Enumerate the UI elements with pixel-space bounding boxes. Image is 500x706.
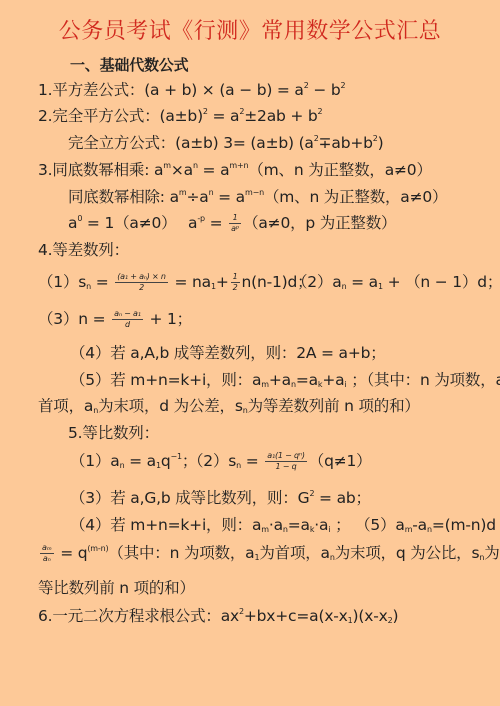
formula-geometric-sum: （2）sn = a₁(1 − qⁿ)1 − q（q≠1）: [188, 451, 371, 472]
formula-text: ；（其中：n 为项数，a: [346, 371, 500, 389]
formula-text: (a + b) × (a − b) = a: [144, 81, 304, 99]
formula-geometric-mean: （3）若 a,G,b 成等比数列，则：G2 = ab；: [70, 488, 371, 508]
geometric-sequence-heading: 5.等比数列：: [68, 423, 159, 443]
formula-text: +bx+c=a(x-x: [244, 607, 348, 625]
formula-text: +a: [322, 371, 344, 389]
section-heading: 一、基础代数公式: [70, 55, 188, 75]
fraction: a₁(1 − qⁿ)1 − q: [265, 451, 307, 472]
formula-text: （m、n 为正整数，a≠0）: [248, 161, 431, 179]
fraction-numerator: aₙ − a₁: [112, 309, 143, 320]
formula-label: 2.完全平方公式：: [38, 107, 160, 125]
formula-arithmetic-note: 首项，an为末项，d 为公差，sn为等差数列前 n 项的和）: [38, 396, 420, 416]
formula-text: a: [154, 161, 163, 179]
formula-text: （a≠0，p 为正整数）: [243, 214, 396, 232]
fraction: 1aᵖ: [229, 213, 241, 234]
formula-geometric-property: （4）若 m+n=k+i，则：am·an=ak·ai ； （5）am-an=(m…: [70, 515, 500, 535]
formula-text: （m、n 为正整数，a≠0）: [264, 188, 447, 206]
formula-quadratic-roots: 6.一元二次方程求根公式：ax2+bx+c=a(x-x1)(x-x2): [38, 606, 398, 626]
formula-text: =a: [288, 516, 310, 534]
formula-text: 为等差数列前 n 项的和）: [248, 397, 420, 415]
formula-text: +a: [269, 371, 291, 389]
formula-label: 完全立方公式：: [68, 134, 175, 152]
formula-text: = a: [198, 161, 230, 179]
fraction: aₙ − a₁d: [112, 309, 143, 330]
formula-text: +: [216, 273, 229, 291]
formula-perfect-square: 2.完全平方公式：(a±b)2 = a2±2ab + b2: [38, 106, 322, 126]
formula-text: − b: [309, 81, 341, 99]
formula-text: = ab；: [314, 489, 370, 507]
formula-arithmetic-mean: （4）若 a,A,b 成等差数列，则：2A = a+b；: [70, 343, 386, 363]
formula-geometric-note: 等比数列前 n 项的和）: [38, 578, 195, 598]
fraction-numerator: aₘ: [40, 543, 54, 554]
document-title: 公务员考试《行测》常用数学公式汇总: [0, 18, 500, 46]
formula-text: = a: [346, 273, 378, 291]
formula-text: （2）s: [188, 452, 236, 470]
formula-label: （1）s: [38, 273, 86, 291]
formula-power-divide: 同底数幂相除: am÷an = am−n（m、n 为正整数，a≠0）: [68, 187, 447, 207]
fraction-denominator: 2: [231, 283, 240, 293]
fraction: (a₁ + aₙ) × n2: [115, 272, 168, 293]
formula-text: q: [161, 452, 171, 470]
formula-text: = a: [208, 107, 240, 125]
formula-text: = q: [56, 544, 88, 562]
formula-zero-power: a0 = 1（a≠0）: [68, 213, 176, 233]
formula-text: = 1（a≠0）: [82, 214, 176, 232]
formula-text: （4）若 m+n=k+i，则：a: [70, 516, 261, 534]
formula-label: （3）n =: [38, 310, 110, 328]
formula-text: -a: [412, 516, 427, 534]
formula-text: （5）若 m+n=k+i，则：a: [70, 371, 261, 389]
fraction-numerator: 1: [231, 272, 240, 283]
formula-text: ÷a: [186, 188, 208, 206]
formula-text: + 1；: [145, 310, 192, 328]
formula-text: （3）若 a,G,b 成等比数列，则：G: [70, 489, 309, 507]
formula-text: )(x-x: [353, 607, 388, 625]
exponent: -p: [197, 214, 205, 223]
formula-label: 6.一元二次方程求根公式：: [38, 607, 221, 625]
formula-text: 首项，a: [38, 397, 93, 415]
formula-text: ): [378, 134, 384, 152]
formula-text: a: [188, 214, 197, 232]
formula-text: (a±b) 3= (a±b) (a: [175, 134, 314, 152]
exponent: m+n: [229, 161, 248, 170]
formula-geometric-ratio: aₘaₙ = q(m-n)（其中：n 为项数，a1为首项，an为末项，q 为公比…: [38, 543, 500, 564]
exponent: 2: [318, 107, 323, 116]
formula-text: ±2ab + b: [244, 107, 317, 125]
formula-label: 同底数幂相除:: [68, 188, 170, 206]
formula-text: =: [241, 452, 263, 470]
formula-text: 为末项，q 为公比，s: [335, 544, 480, 562]
formula-arithmetic-sum: （1）sn = (a₁ + aₙ) × n2 = na1+12n(n-1)d；: [38, 272, 312, 293]
formula-text: =(m-n)d （6）: [432, 516, 500, 534]
formula-text: 为末项，d 为公差，s: [98, 397, 243, 415]
formula-text: =a: [296, 371, 318, 389]
fraction-numerator: (a₁ + aₙ) × n: [115, 272, 168, 283]
formula-arithmetic-nth-term: （2）an = a1 + （n − 1）d；: [292, 272, 500, 292]
formula-difference-of-squares: 1.平方差公式：(a + b) × (a − b) = a2 − b2: [38, 80, 345, 100]
fraction-denominator: 2: [115, 283, 168, 293]
formula-geometric-nth-term: （1）an = a1q−1；: [70, 451, 197, 471]
formula-text: （1）a: [70, 452, 120, 470]
formula-text: = a: [124, 452, 156, 470]
formula-label: 1.平方差公式：: [38, 81, 144, 99]
formula-text: = a: [213, 188, 245, 206]
formula-text: =: [205, 214, 227, 232]
formula-negative-power: a-p = 1aᵖ（a≠0，p 为正整数）: [188, 213, 396, 234]
arithmetic-sequence-heading: 4.等差数列：: [38, 240, 129, 260]
formula-text: a: [68, 214, 77, 232]
formula-arithmetic-property: （5）若 m+n=k+i，则：am+an=ak+ai ；（其中：n 为项数，a1…: [70, 370, 500, 390]
fraction: aₘaₙ: [40, 543, 54, 564]
fraction-numerator: 1: [229, 213, 241, 224]
formula-arithmetic-count: （3）n = aₙ − a₁d + 1；: [38, 309, 192, 330]
subscript: m: [261, 525, 269, 534]
formula-text: ； （5）a: [330, 516, 404, 534]
formula-label: （2）a: [292, 273, 342, 291]
fraction-denominator: aₙ: [40, 554, 54, 564]
fraction-denominator: d: [112, 320, 143, 330]
formula-text: （q≠1）: [309, 452, 372, 470]
exponent: m−n: [245, 188, 264, 197]
formula-text: 为首项，a: [259, 544, 330, 562]
exponent: 2: [341, 81, 346, 90]
fraction: 12: [231, 272, 240, 293]
fraction-denominator: aᵖ: [229, 224, 241, 234]
formula-text: ∓ab+b: [319, 134, 373, 152]
formula-text: ×a: [171, 161, 193, 179]
formula-text: ax: [221, 607, 239, 625]
formula-text: 为: [484, 544, 499, 562]
formula-text: （其中：n 为项数，a: [108, 544, 254, 562]
exponent: (m-n): [87, 544, 108, 553]
formula-text: = na: [170, 273, 211, 291]
exponent: m: [163, 161, 171, 170]
fraction-denominator: 1 − q: [265, 462, 307, 472]
subscript: m: [261, 380, 269, 389]
formula-perfect-cube: 完全立方公式：(a±b) 3= (a±b) (a2∓ab+b2): [68, 133, 384, 153]
formula-label: 3.同底数幂相乘:: [38, 161, 154, 179]
exponent: −1: [171, 452, 182, 461]
formula-text: ·a: [269, 516, 283, 534]
formula-power-multiply: 3.同底数幂相乘: am×an = am+n（m、n 为正整数，a≠0）: [38, 160, 432, 180]
formula-text: ): [392, 607, 398, 625]
formula-text: (a±b): [160, 107, 203, 125]
formula-text: a: [170, 188, 179, 206]
formula-text: =: [91, 273, 113, 291]
fraction-numerator: a₁(1 − qⁿ): [265, 451, 307, 462]
formula-text: ·a: [314, 516, 328, 534]
formula-text: + （n − 1）d；: [383, 273, 500, 291]
